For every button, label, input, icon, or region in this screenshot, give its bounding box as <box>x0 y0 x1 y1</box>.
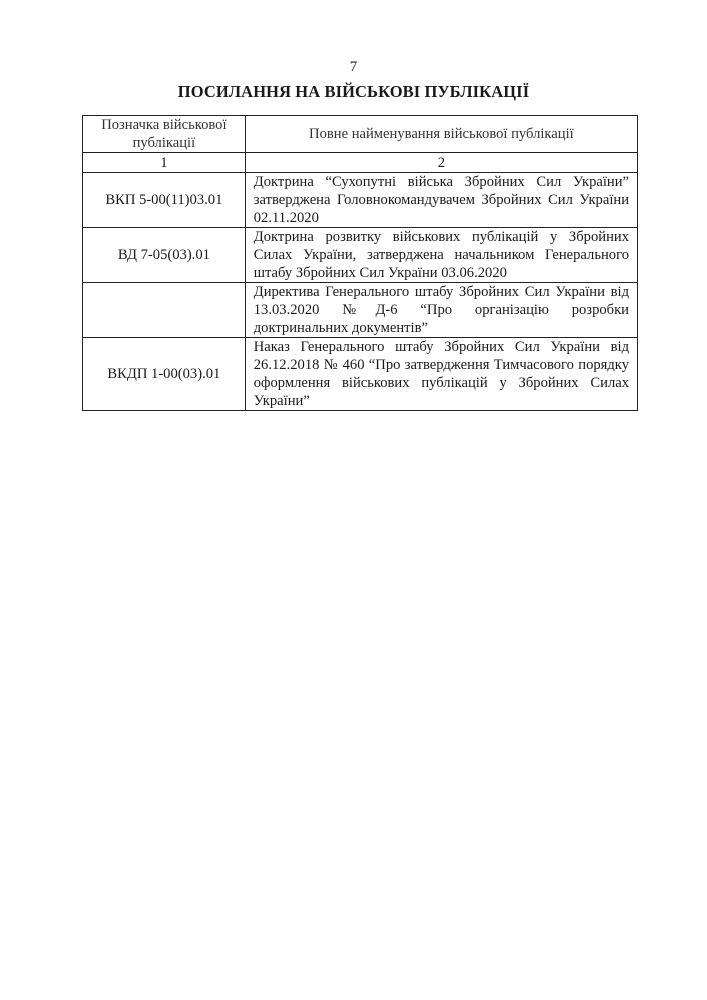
table-row: ВД 7-05(03).01 Доктрина розвитку військо… <box>83 228 638 283</box>
table-header-row: Позначка військової публікації Повне най… <box>83 116 638 153</box>
publication-name: Наказ Генерального штабу Збройних Сил Ук… <box>245 338 637 411</box>
column-number-row: 1 2 <box>83 153 638 173</box>
column-header-full-name: Повне найменування військової публікації <box>245 116 637 153</box>
table-row: ВКДП 1-00(03).01 Наказ Генерального штаб… <box>83 338 638 411</box>
page-number: 7 <box>0 58 707 76</box>
table-row: ВКП 5-00(11)03.01 Доктрина “Сухопутні ві… <box>83 173 638 228</box>
column-number: 1 <box>83 153 246 173</box>
publication-code <box>83 283 246 338</box>
publication-name: Доктрина розвитку військових публікацій … <box>245 228 637 283</box>
publication-code: ВКДП 1-00(03).01 <box>83 338 246 411</box>
column-number: 2 <box>245 153 637 173</box>
references-table: Позначка військової публікації Повне най… <box>82 115 638 411</box>
column-header-designation: Позначка військової публікації <box>83 116 246 153</box>
page-title: ПОСИЛАННЯ НА ВІЙСЬКОВІ ПУБЛІКАЦІЇ <box>0 82 707 102</box>
publication-code: ВКП 5-00(11)03.01 <box>83 173 246 228</box>
publication-name: Директива Генерального штабу Збройних Си… <box>245 283 637 338</box>
publication-code: ВД 7-05(03).01 <box>83 228 246 283</box>
publication-name: Доктрина “Сухопутні війська Збройних Сил… <box>245 173 637 228</box>
table-row: Директива Генерального штабу Збройних Си… <box>83 283 638 338</box>
